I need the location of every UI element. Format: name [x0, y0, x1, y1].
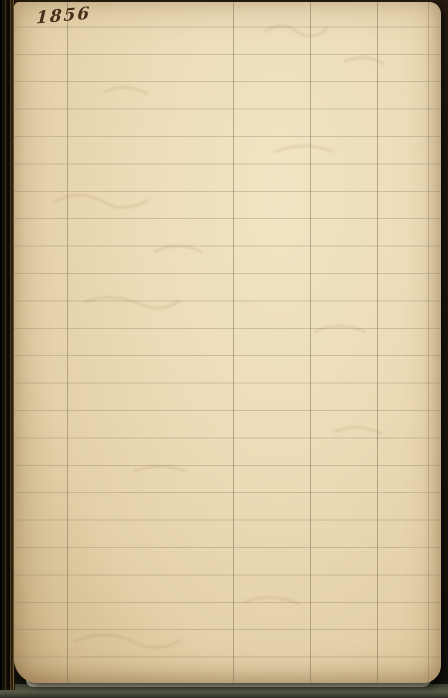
ledger-page: 1856: [14, 2, 441, 683]
book-binding: [0, 0, 15, 690]
vertical-rule-date: [67, 2, 68, 683]
vertical-rule-ref: [377, 2, 378, 683]
vertical-rule-amount: [233, 2, 234, 683]
ledger-book: 1856: [0, 0, 448, 698]
vertical-rule-margin: [428, 2, 429, 683]
vertical-rule-status: [310, 2, 311, 683]
year-heading: 1856: [36, 4, 92, 29]
